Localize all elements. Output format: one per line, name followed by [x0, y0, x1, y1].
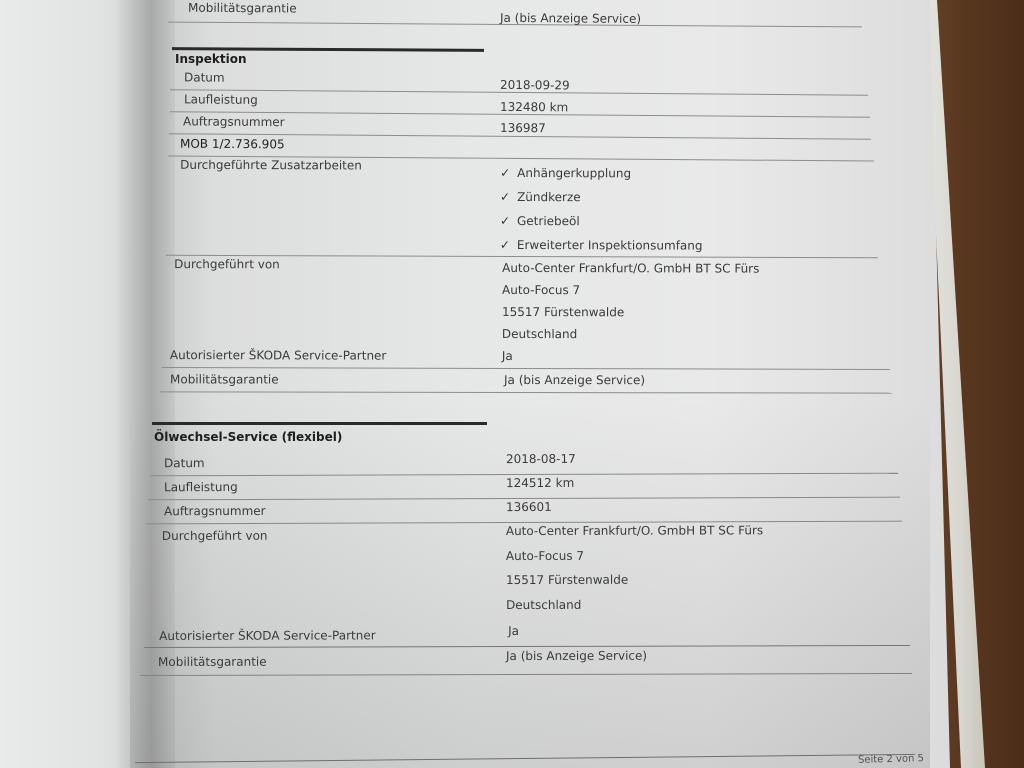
checkmark-icon: ✓ — [500, 238, 510, 252]
field-label: Autorisierter ŠKODA Service-Partner — [159, 628, 376, 643]
field-label: Laufleistung — [164, 480, 238, 494]
field-label: Mobilitätsgarantie — [170, 372, 279, 386]
field-value: 132480 km — [500, 100, 568, 115]
field-label: Auftragsnummer — [164, 504, 266, 518]
checkmark-icon: ✓ — [500, 190, 510, 204]
field-label: Auftragsnummer — [183, 114, 285, 129]
address-line: Auto-Center Frankfurt/O. GmbH BT SC Fürs — [502, 261, 759, 276]
field-label: Autorisierter ŠKODA Service-Partner — [170, 348, 387, 363]
address-line: Auto-Focus 7 — [502, 283, 580, 297]
field-value: Ja — [502, 349, 513, 363]
field-label: MOB 1/2.736.905 — [180, 137, 285, 152]
address-line: 15517 Fürstenwalde — [502, 305, 624, 319]
field-value: Ja (bis Anzeige Service) — [506, 649, 647, 663]
field-value: 136987 — [500, 121, 546, 135]
zusatzarbeit-item: ✓Anhängerkupplung — [500, 166, 631, 180]
field-value: 124512 km — [506, 476, 574, 490]
service-history-document: Mobilitätsgarantie Ja (bis Anzeige Servi… — [0, 0, 1024, 768]
field-value: 2018-09-29 — [500, 78, 570, 93]
page-number: Seite 2 von 5 — [858, 753, 924, 766]
address-line: Auto-Center Frankfurt/O. GmbH BT SC Fürs — [506, 523, 763, 538]
section-title-oelwechsel: Ölwechsel-Service (flexibel) — [154, 430, 342, 444]
field-label: Mobilitätsgarantie — [188, 1, 297, 16]
field-label: Datum — [164, 456, 205, 470]
zusatzarbeit-label: Zündkerze — [517, 190, 581, 204]
zusatzarbeit-label: Anhängerkupplung — [517, 166, 631, 180]
address-line: 15517 Fürstenwalde — [506, 573, 628, 587]
address-line: Deutschland — [502, 327, 577, 341]
zusatzarbeit-label: Getriebeöl — [517, 214, 580, 228]
footer-divider — [135, 754, 915, 763]
oelwechsel-auftragsnummer-row: Auftragsnummer 136601 — [146, 497, 902, 525]
zusatzarbeit-item: ✓Zündkerze — [500, 190, 581, 204]
zusatzarbeit-item: ✓Getriebeöl — [500, 214, 580, 228]
field-label: Mobilitätsgarantie — [158, 655, 267, 669]
field-label: Durchgeführt von — [174, 257, 280, 271]
inspektion-durchgefuehrt-block: Durchgeführt von Auto-Center Frankfurt/O… — [162, 257, 890, 370]
prev-mobilitaet-row: Mobilitätsgarantie Ja (bis Anzeige Servi… — [168, 0, 862, 27]
section-divider — [152, 422, 487, 425]
zusatzarbeit-item: ✓Erweiterter Inspektionsumfang — [500, 238, 703, 253]
field-label: Laufleistung — [184, 92, 258, 107]
oelwechsel-durchgefuehrt-block: Durchgeführt von Auto-Center Frankfurt/O… — [144, 521, 910, 648]
field-value: Ja (bis Anzeige Service) — [504, 373, 645, 387]
field-label: Durchgeführte Zusatzarbeiten — [180, 158, 362, 173]
field-value: Ja (bis Anzeige Service) — [500, 11, 641, 26]
inspektion-zusatzarbeiten-block: Durchgeführte Zusatzarbeiten ✓Anhängerku… — [166, 157, 878, 258]
field-label: Durchgeführt von — [162, 529, 268, 543]
field-label: Datum — [184, 70, 225, 84]
address-line: Auto-Focus 7 — [506, 549, 584, 563]
field-value: 2018-08-17 — [506, 452, 576, 466]
checkmark-icon: ✓ — [500, 214, 510, 228]
section-title-inspektion: Inspektion — [175, 52, 247, 66]
inspektion-mobilitaet-row: Mobilitätsgarantie Ja (bis Anzeige Servi… — [160, 369, 892, 393]
address-line: Deutschland — [506, 598, 581, 612]
checkmark-icon: ✓ — [500, 166, 510, 180]
field-value: 136601 — [506, 500, 552, 514]
oelwechsel-mobilitaet-row: Mobilitätsgarantie Ja (bis Anzeige Servi… — [140, 647, 912, 676]
zusatzarbeit-label: Erweiterter Inspektionsumfang — [517, 238, 703, 253]
field-value: Ja — [508, 624, 519, 638]
